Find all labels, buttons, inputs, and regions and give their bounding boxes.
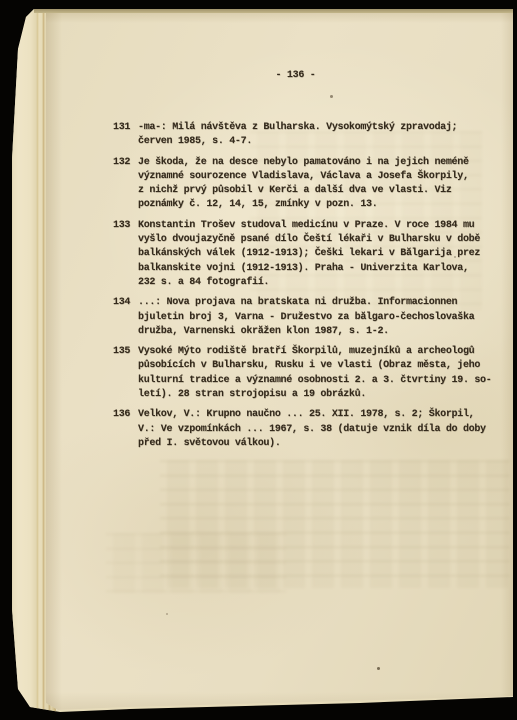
show-through-text <box>106 533 286 593</box>
paper-speck <box>330 95 333 98</box>
entry-line: poznámky č. 12, 14, 15, zmínky v pozn. 1… <box>138 198 503 212</box>
entry-line: působících v Bulharsku, Rusku i ve vlast… <box>138 359 503 373</box>
paper-speck <box>377 667 380 670</box>
entry-line: Vysoké Mýto rodiště bratří Škorpilů, muz… <box>138 345 503 359</box>
entry-line: z nichž prvý působil v Kerči a další dva… <box>138 184 503 198</box>
entry-line: V.: Ve vzpomínkách ... 1967, s. 38 (datu… <box>138 423 503 437</box>
entry-line: bjuletin broj 3, Varna - Družestvo za bă… <box>138 311 503 325</box>
entry-line: Je škoda, že na desce nebylo pamatováno … <box>138 156 503 170</box>
entry-number: 133 <box>113 219 130 233</box>
entry-line: červen 1985, s. 4-7. <box>138 135 503 149</box>
book-page: - 136 - 131-ma-: Milá návštěva z Bulhars… <box>46 13 513 710</box>
bibliography-entries: 131-ma-: Milá návštěva z Bulharska. Vyso… <box>113 121 503 451</box>
entry-line: 232 s. a 84 fotografií. <box>138 276 503 290</box>
bibliography-entry: 134...: Nova projava na bratskata ni dru… <box>113 296 503 339</box>
entry-number: 136 <box>113 408 130 422</box>
entry-number: 132 <box>113 156 130 170</box>
page-number: - 136 - <box>113 69 478 83</box>
entry-line: kulturní tradice a významné osobnosti 2.… <box>138 374 503 388</box>
entry-line: Konstantin Trošev studoval medicínu v Pr… <box>138 219 503 233</box>
page-top-edge <box>34 9 513 13</box>
entry-line: před I. světovou válkou). <box>138 437 503 451</box>
entry-line: významné sourozence Vladislava, Václava … <box>138 170 503 184</box>
bibliography-entry: 132Je škoda, že na desce nebylo pamatová… <box>113 156 503 213</box>
bibliography-entry: 136Velkov, V.: Krupno naučno ... 25. XII… <box>113 408 503 451</box>
bibliography-entry: 135Vysoké Mýto rodiště bratří Škorpilů, … <box>113 345 503 402</box>
entry-line: -ma-: Milá návštěva z Bulharska. Vysokom… <box>138 121 503 135</box>
entry-line: vyšlo dvoujazyčně psané dílo Čeští lékař… <box>138 233 503 247</box>
entry-line: letí). 28 stran strojopisu a 19 obrázků. <box>138 388 503 402</box>
paper-speck <box>166 613 168 615</box>
entry-line: Velkov, V.: Krupno naučno ... 25. XII. 1… <box>138 408 503 422</box>
scanned-book-page: - 136 - 131-ma-: Milá návštěva z Bulhars… <box>0 0 517 720</box>
entry-number: 134 <box>113 296 130 310</box>
entry-line: balkánských válek (1912-1913); Češki lek… <box>138 247 503 261</box>
entry-number: 135 <box>113 345 130 359</box>
entry-line: družba, Varnenski okrăžen klon 1987, s. … <box>138 325 503 339</box>
bibliography-entry: 133Konstantin Trošev studoval medicínu v… <box>113 219 503 290</box>
bibliography-entry: 131-ma-: Milá návštěva z Bulharska. Vyso… <box>113 121 503 150</box>
entry-line: balkanskite vojni (1912-1913). Praha - U… <box>138 262 503 276</box>
entry-number: 131 <box>113 121 130 135</box>
entry-line: ...: Nova projava na bratskata ni družba… <box>138 296 503 310</box>
